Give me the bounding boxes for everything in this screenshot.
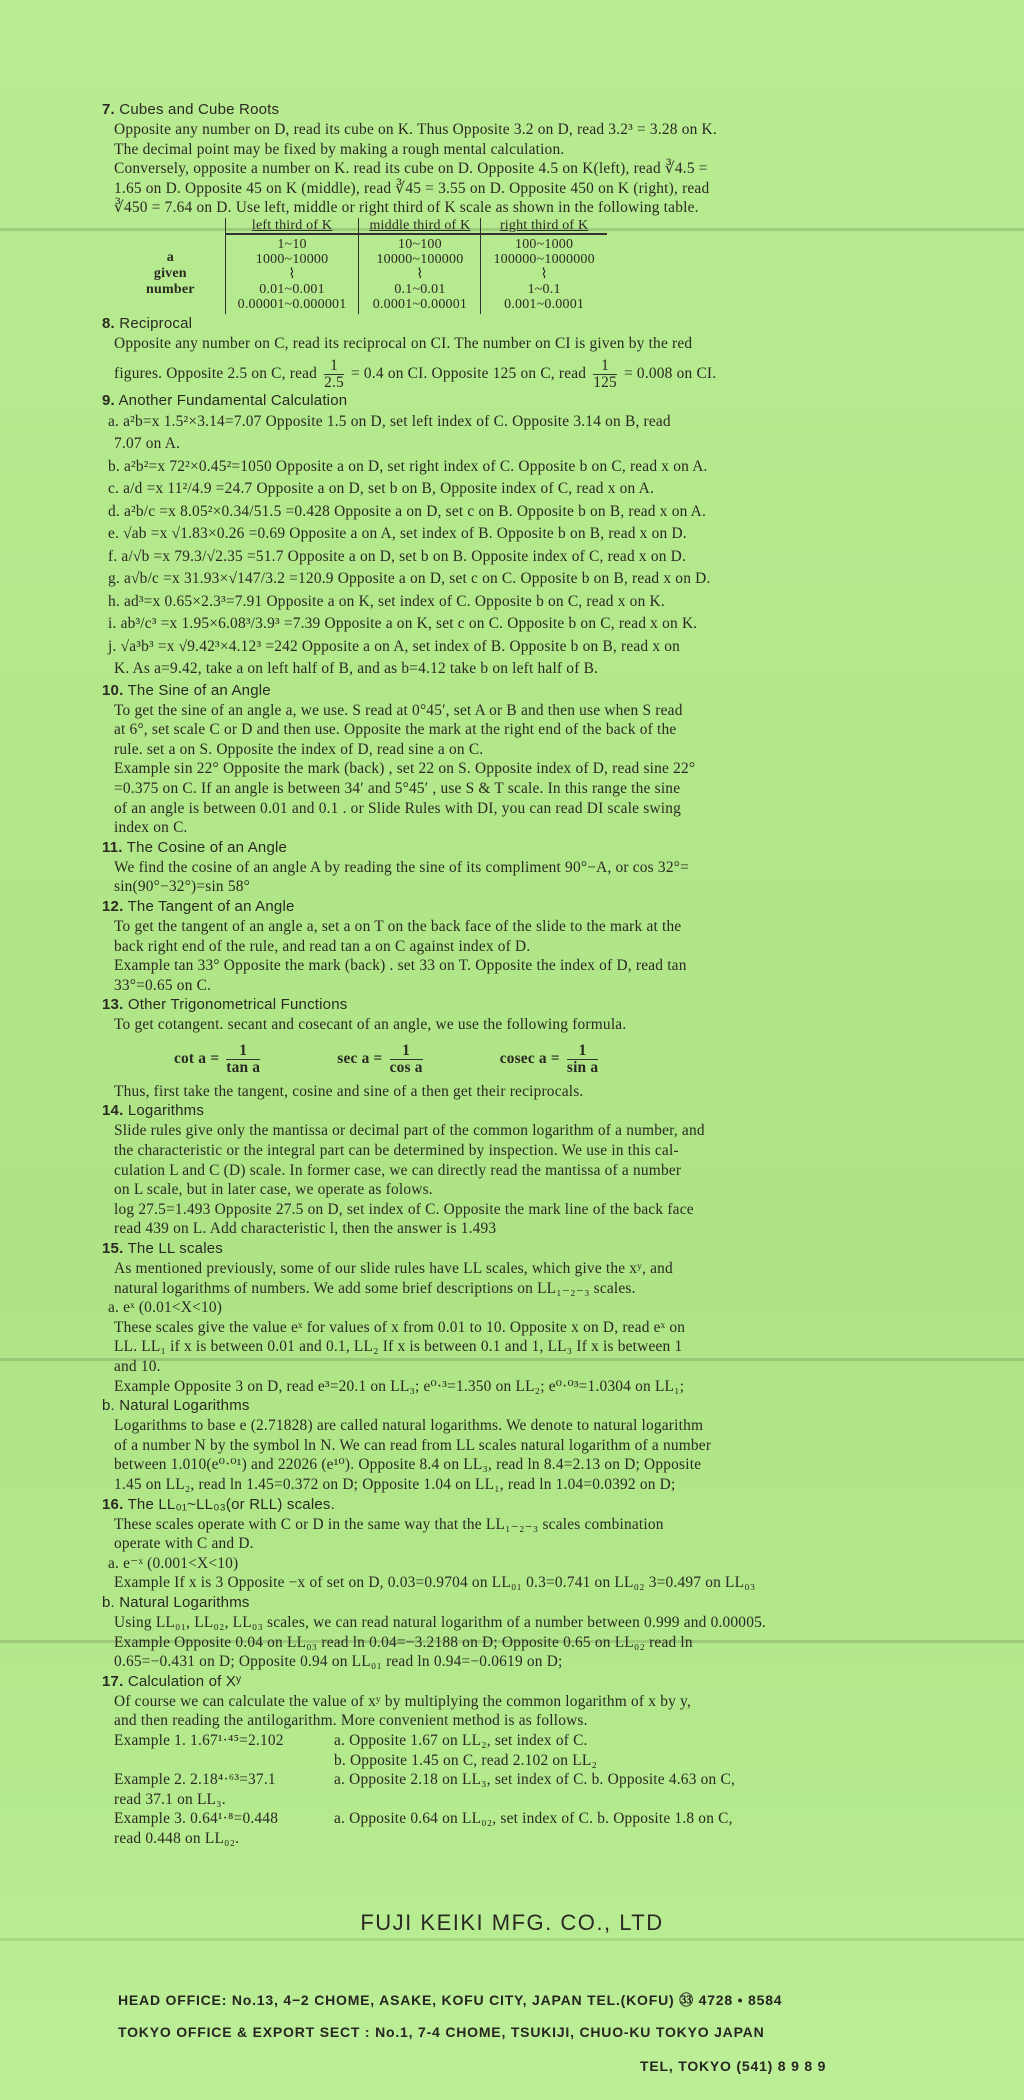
text-line: at 6°, set scale C or D and then use. Op… <box>114 720 988 740</box>
text-line: between 1.010(e⁰·⁰¹) and 22026 (e¹⁰). Op… <box>114 1455 988 1475</box>
text-line: We find the cosine of an angle A by read… <box>114 858 988 878</box>
text-line: ∛450 = 7.64 on D. Use left, middle or ri… <box>114 198 988 218</box>
text-line: To get the tangent of an angle a, set a … <box>114 917 988 937</box>
text-line: culation L and C (D) scale. In former ca… <box>114 1161 988 1181</box>
text-line: Conversely, opposite a number on K. read… <box>114 159 988 179</box>
section-ll-scales: 15. The LL scales As mentioned previousl… <box>108 1239 988 1495</box>
example-1: Example 1. 1.67¹·⁴⁵=2.102a. Opposite 1.6… <box>114 1731 988 1770</box>
text-line: of an angle is between 0.01 and 0.1 . or… <box>114 799 988 819</box>
text-line: Of course we can calculate the value of … <box>114 1692 988 1712</box>
formula-line: d. a²b/c =x 8.05²×0.34/51.5 =0.428 Oppos… <box>108 501 988 524</box>
subsection-heading: a. e⁻ˣ (0.001<X<10) <box>108 1554 988 1574</box>
text-line: log 27.5=1.493 Opposite 27.5 on D, set i… <box>114 1200 988 1220</box>
section-cosine: 11. The Cosine of an Angle We find the c… <box>108 838 988 897</box>
cosec-formula: cosec a = 1sin a <box>500 1043 602 1076</box>
formula-line: i. ab³/c³ =x 1.95×6.08³/3.9³ =7.39 Oppos… <box>108 613 988 636</box>
formula-line: g. a√b/c =x 31.93×√147/3.2 =120.9 Opposi… <box>108 568 988 591</box>
row-label: a given number <box>134 234 225 314</box>
text-line: natural logarithms of numbers. We add so… <box>114 1279 988 1299</box>
company-name: FUJI KEIKI MFG. CO., LTD <box>0 1910 1024 1936</box>
formula-line: e. √ab =x √1.83×0.26 =0.69 Opposite a on… <box>108 523 988 546</box>
text-line: Opposite any number on C, read its recip… <box>114 334 988 354</box>
text-line: read 439 on L. Add characteristic l, the… <box>114 1219 988 1239</box>
section-heading: 9. Another Fundamental Calculation <box>102 391 988 411</box>
text-line: 1.45 on LL₂, read ln 1.45=0.372 on D; Op… <box>114 1475 988 1495</box>
table-cell: 1~101000~10000⌇0.01~0.0010.00001~0.00000… <box>225 234 359 314</box>
section-heading: 16. The LL₀₁~LL₀₃(or RLL) scales. <box>102 1495 988 1515</box>
text-line: and 10. <box>114 1357 988 1377</box>
section-heading: 15. The LL scales <box>102 1239 988 1259</box>
trig-formulas: cot a = 1tan a sec a = 1cos a cosec a = … <box>174 1043 988 1076</box>
text-line: Example tan 33° Opposite the mark (back)… <box>114 956 988 976</box>
text-line: Example Opposite 0.04 on LL₀₃ read ln 0.… <box>114 1633 988 1653</box>
formula-line: a. a²b=x 1.5²×3.14=7.07 Opposite 1.5 on … <box>108 411 988 434</box>
subsection-heading: b. Natural Logarithms <box>102 1593 988 1613</box>
text-line: index on C. <box>114 818 988 838</box>
text-line: Example If x is 3 Opposite −x of set on … <box>114 1573 988 1593</box>
instruction-sheet: 7. Cubes and Cube Roots Opposite any num… <box>0 0 1024 2100</box>
fraction: 12.5 <box>324 358 344 391</box>
section-heading: 10. The Sine of an Angle <box>102 681 988 701</box>
formula-line: b. a²b²=x 72²×0.45²=1050 Opposite a on D… <box>108 456 988 479</box>
formula-line: j. √a³b³ =x √9.42³×4.12³ =242 Opposite a… <box>108 636 988 659</box>
section-heading: 8. Reciprocal <box>102 314 988 334</box>
text-line: To get cotangent. secant and cosecant of… <box>114 1015 988 1035</box>
cot-formula: cot a = 1tan a <box>174 1043 263 1076</box>
table-cell: 100~1000100000~1000000⌇1~0.10.001~0.0001 <box>481 234 607 314</box>
section-other-trig: 13. Other Trigonometrical Functions To g… <box>108 995 988 1101</box>
section-heading: 7. Cubes and Cube Roots <box>102 100 988 120</box>
section-cubes: 7. Cubes and Cube Roots Opposite any num… <box>108 100 988 314</box>
subsection-heading: b. Natural Logarithms <box>102 1396 988 1416</box>
section-x-power-y: 17. Calculation of Xʸ Of course we can c… <box>108 1672 988 1849</box>
text-line: Thus, first take the tangent, cosine and… <box>114 1082 988 1102</box>
text-line: Slide rules give only the mantissa or de… <box>114 1121 988 1141</box>
section-tangent: 12. The Tangent of an Angle To get the t… <box>108 897 988 995</box>
example-2: Example 2. 2.18⁴·⁶³=37.1a. Opposite 2.18… <box>114 1770 988 1809</box>
text-line: of a number N by the symbol ln N. We can… <box>114 1436 988 1456</box>
formula-line: c. a/d =x 11²/4.9 =24.7 Opposite a on D,… <box>108 478 988 501</box>
section-logarithms: 14. Logarithms Slide rules give only the… <box>108 1101 988 1239</box>
section-sine: 10. The Sine of an Angle To get the sine… <box>108 681 988 838</box>
section-fundamental-calculation: 9. Another Fundamental Calculation a. a²… <box>108 391 988 681</box>
instructions-body: 7. Cubes and Cube Roots Opposite any num… <box>108 100 988 1848</box>
formula-line: f. a/√b =x 79.3/√2.35 =51.7 Opposite a o… <box>108 546 988 569</box>
section-rll-scales: 16. The LL₀₁~LL₀₃(or RLL) scales. These … <box>108 1495 988 1672</box>
k-scale-table: left third of K middle third of K right … <box>134 218 607 314</box>
text-line: Logarithms to base e (2.71828) are calle… <box>114 1416 988 1436</box>
text-line: The decimal point may be fixed by making… <box>114 140 988 160</box>
sec-formula: sec a = 1cos a <box>337 1043 425 1076</box>
table-header: right third of K <box>481 218 607 234</box>
text-line: rule. set a on S. Opposite the index of … <box>114 740 988 760</box>
text-line: Opposite any number on D, read its cube … <box>114 120 988 140</box>
text-line: the characteristic or the integral part … <box>114 1141 988 1161</box>
section-heading: 14. Logarithms <box>102 1101 988 1121</box>
text-line: Example sin 22° Opposite the mark (back)… <box>114 759 988 779</box>
section-reciprocal: 8. Reciprocal Opposite any number on C, … <box>108 314 988 391</box>
text-line: 1.65 on D. Opposite 45 on K (middle), re… <box>114 179 988 199</box>
section-heading: 11. The Cosine of an Angle <box>102 838 988 858</box>
text-line: As mentioned previously, some of our sli… <box>114 1259 988 1279</box>
text-line: Example Opposite 3 on D, read e³=20.1 on… <box>114 1377 988 1397</box>
text-line: These scales operate with C or D in the … <box>114 1515 988 1535</box>
text-line: operate with C and D. <box>114 1534 988 1554</box>
text-line: and then reading the antilogarithm. More… <box>114 1711 988 1731</box>
example-3: Example 3. 0.64¹·⁸=0.448a. Opposite 0.64… <box>114 1809 988 1848</box>
tokyo-office-address: TOKYO OFFICE & EXPORT SECT : No.1, 7-4 C… <box>118 2024 765 2040</box>
subsection-heading: a. eˣ (0.01<X<10) <box>108 1298 988 1318</box>
text-line: sin(90°−32°)=sin 58° <box>114 877 988 897</box>
section-heading: 17. Calculation of Xʸ <box>102 1672 988 1692</box>
text-line: Using LL₀₁, LL₀₂, LL₀₃ scales, we can re… <box>114 1613 988 1633</box>
text-line: on L scale, but in later case, we operat… <box>114 1180 988 1200</box>
paper-fold <box>0 1938 1024 1941</box>
fraction: 1125 <box>593 358 617 391</box>
text-line: =0.375 on C. If an angle is between 34′ … <box>114 779 988 799</box>
section-heading: 12. The Tangent of an Angle <box>102 897 988 917</box>
formula-line: 7.07 on A. <box>114 433 988 456</box>
tokyo-telephone: TEL, TOKYO (541) 8 9 8 9 <box>640 2058 826 2074</box>
text-line: To get the sine of an angle a, we use. S… <box>114 701 988 721</box>
table-header: middle third of K <box>359 218 481 234</box>
head-office-address: HEAD OFFICE: No.13, 4−2 CHOME, ASAKE, KO… <box>118 1990 782 2010</box>
formula-line: h. ad³=x 0.65×2.3³=7.91 Opposite a on K,… <box>108 591 988 614</box>
table-cell: 10~10010000~100000⌇0.1~0.010.0001~0.0000… <box>359 234 481 314</box>
text-line: These scales give the value eˣ for value… <box>114 1318 988 1338</box>
text-line: LL. LL₁ if x is between 0.01 and 0.1, LL… <box>114 1337 988 1357</box>
table-header: left third of K <box>225 218 359 234</box>
text-line: 0.65=−0.431 on D; Opposite 0.94 on LL₀₁ … <box>114 1652 988 1672</box>
section-heading: 13. Other Trigonometrical Functions <box>102 995 988 1015</box>
formula-line: K. As a=9.42, take a on left half of B, … <box>114 658 988 681</box>
text-line: 33°=0.65 on C. <box>114 976 988 996</box>
text-line: back right end of the rule, and read tan… <box>114 937 988 957</box>
text-line: figures. Opposite 2.5 on C, read 12.5 = … <box>114 358 988 391</box>
